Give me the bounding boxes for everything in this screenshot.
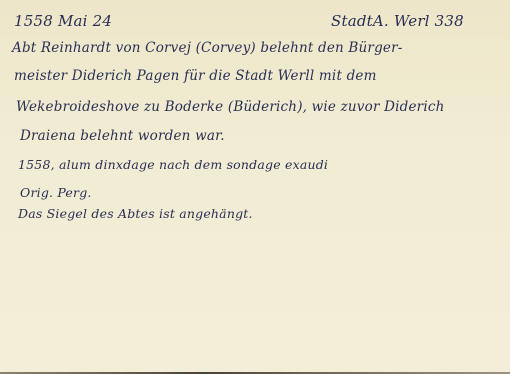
body-line-3: Wekebroideshove zu Boderke (Büderich), w… bbox=[16, 99, 445, 115]
dating-clause: 1558, alum dinxdage nach dem sondage exa… bbox=[18, 157, 328, 172]
body-line-4: Draiena belehnt worden war. bbox=[20, 128, 225, 144]
seal-note: Das Siegel des Abtes ist angehängt. bbox=[18, 206, 253, 221]
original-type: Orig. Perg. bbox=[20, 185, 92, 200]
archive-reference: StadtA. Werl 338 bbox=[331, 12, 464, 30]
body-line-1: Abt Reinhardt von Corvej (Corvey) belehn… bbox=[12, 40, 403, 56]
body-line-2: meister Diderich Pagen für die Stadt Wer… bbox=[14, 68, 377, 84]
card-date: 1558 Mai 24 bbox=[14, 12, 112, 30]
archive-index-card: 1558 Mai 24 StadtA. Werl 338 Abt Reinhar… bbox=[0, 0, 510, 374]
